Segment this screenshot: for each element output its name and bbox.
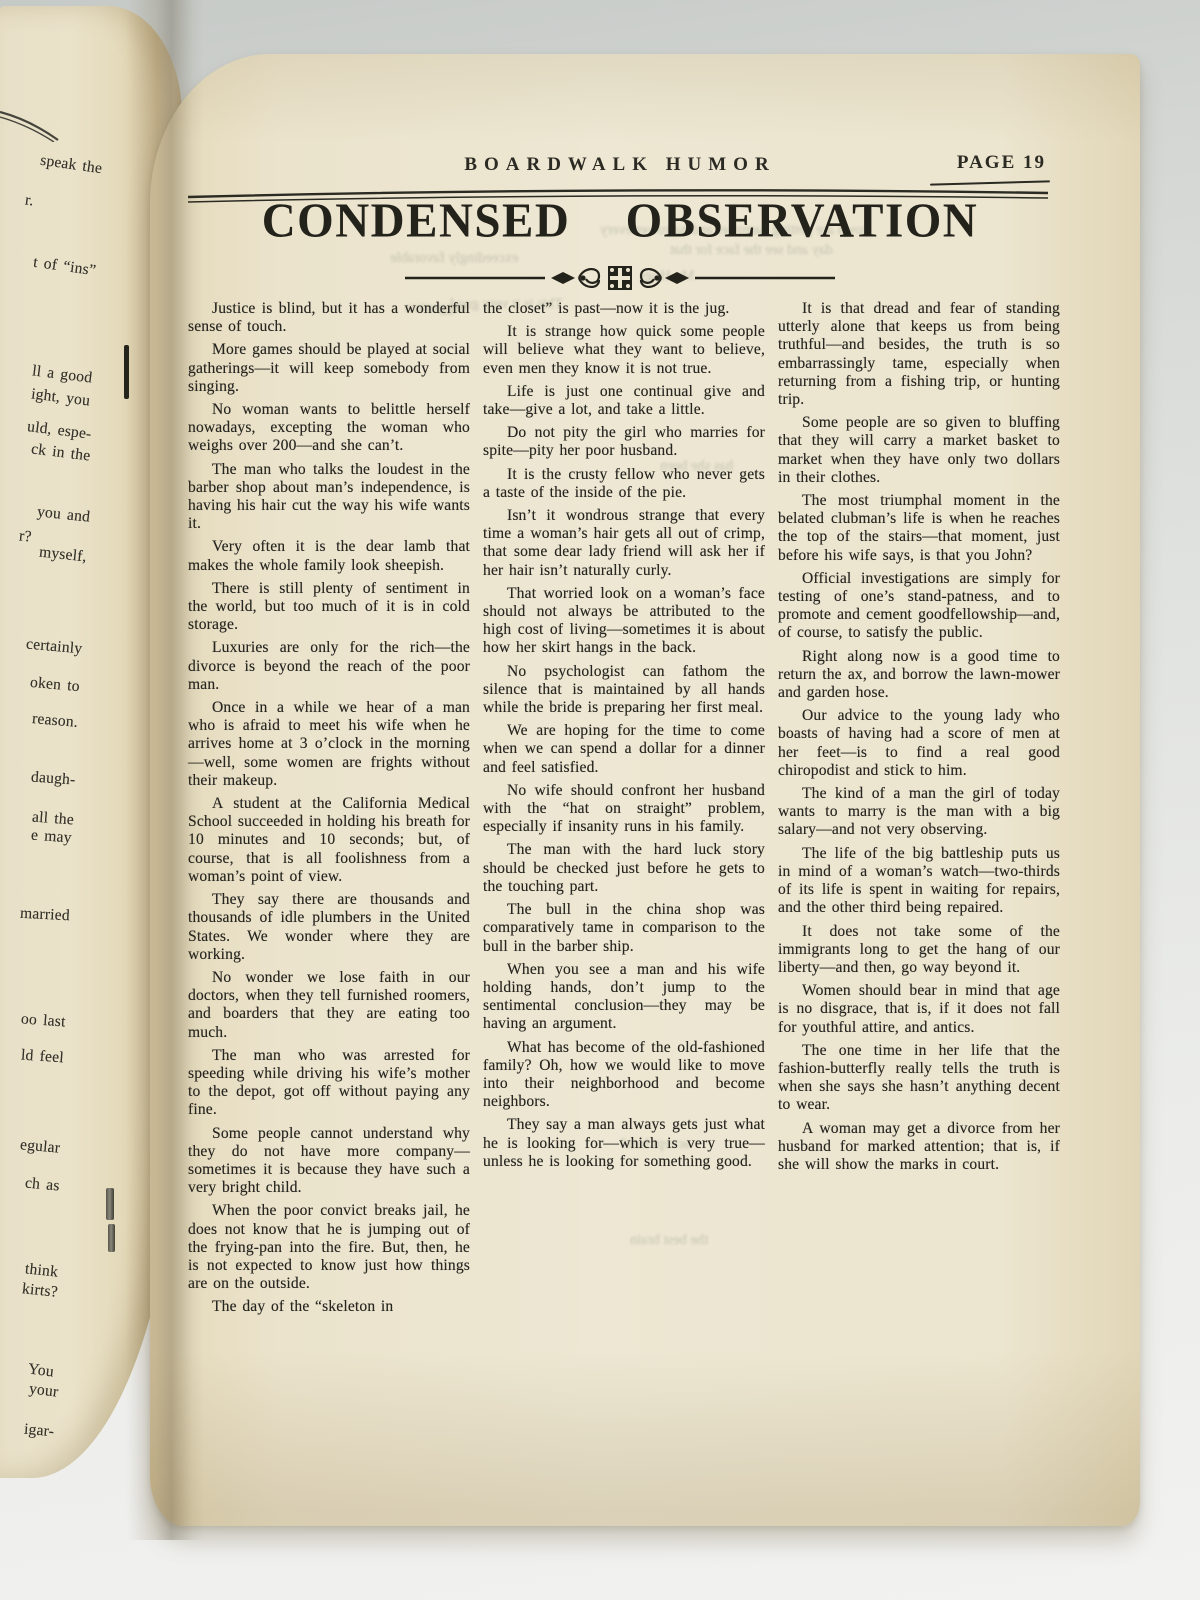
paragraph: More games should be played at social ga…: [188, 341, 470, 396]
facing-page-text-fragment: certainly: [25, 636, 83, 659]
paragraph: Right along now is a good time to return…: [778, 648, 1060, 703]
paragraph: That worried look on a woman’s face shou…: [483, 585, 765, 658]
paragraph: No woman wants to belittle herself nowad…: [188, 401, 470, 456]
column-left: Justice is blind, but it has a wonderful…: [188, 300, 470, 1322]
facing-page-text-fragment: r?: [19, 527, 33, 546]
paragraph: What has become of the old-fashioned fam…: [483, 1039, 765, 1112]
paragraph: Women should bear in mind that age is no…: [778, 982, 1060, 1037]
facing-page-text-fragment: t of “ins”: [32, 254, 97, 281]
facing-page-header-rule: [0, 102, 60, 142]
facing-page-text-fragment: egular: [19, 1136, 61, 1157]
paragraph: The most triumphal moment in the belated…: [778, 492, 1060, 565]
ornament-icon: [405, 262, 835, 294]
article-body: Justice is blind, but it has a wonderful…: [188, 300, 1060, 1322]
paragraph: The bull in the china shop was comparati…: [483, 901, 765, 956]
facing-page-text-fragment: married: [20, 905, 71, 926]
paragraph: Our advice to the young lady who boasts …: [778, 707, 1060, 780]
paragraph: It is the crusty fellow who never gets a…: [483, 466, 765, 502]
facing-page-text-fragment: oo last: [21, 1010, 67, 1031]
paragraph: Very often it is the dear lamb that make…: [188, 538, 470, 574]
paragraph: No wife should confront her husband with…: [483, 782, 765, 837]
paragraph: When the poor convict breaks jail, he do…: [188, 1202, 470, 1293]
masthead: BOARDWALK HUMOR: [190, 154, 1050, 176]
facing-page-text-fragment: ll a good: [31, 362, 93, 387]
article-title: CONDENSED OBSERVATION: [190, 193, 1050, 249]
facing-page-text-fragment: ight, you: [30, 385, 91, 410]
facing-page-text-fragment: speak the: [39, 152, 103, 178]
column-middle: the closet” is past—now it is the jug.It…: [483, 300, 765, 1322]
paragraph: There is still plenty of sentiment in th…: [188, 580, 470, 635]
staple-icon: [108, 1224, 115, 1252]
paragraph: The kind of a man the girl of today want…: [778, 785, 1060, 840]
paragraph: It is that dread and fear of standing ut…: [778, 300, 1060, 409]
paragraph: Official investigations are simply for t…: [778, 570, 1060, 643]
staple-icon: [106, 1188, 114, 1220]
paragraph: The man who talks the loudest in the bar…: [188, 461, 470, 534]
facing-page-text-fragment: ld feel: [21, 1047, 65, 1068]
paragraph: Isn’t it wondrous strange that every tim…: [483, 507, 765, 580]
facing-page-text-fragment: myself,: [38, 544, 87, 567]
facing-page-text-fragment: ck in the: [30, 440, 91, 465]
photo-of-magazine-page: { "header": { "masthead": "BOARDWALK HUM…: [0, 0, 1200, 1600]
paragraph: the closet” is past—now it is the jug.: [483, 300, 765, 318]
facing-page-text-fragment: You: [27, 1360, 55, 1381]
paragraph: No psychologist can fathom the silence t…: [483, 663, 765, 718]
paragraph: Luxuries are only for the rich—the divor…: [188, 639, 470, 694]
facing-page-text-fragment: reason.: [31, 710, 78, 732]
paragraph: They say there are thousands and thousan…: [188, 891, 470, 964]
paragraph: We are hoping for the time to come when …: [483, 722, 765, 777]
paragraph: The man with the hard luck story should …: [483, 841, 765, 896]
facing-page-text-fragment: e may: [31, 827, 73, 848]
magazine-page: town are getting narrower and narrower e…: [150, 54, 1140, 1526]
decorative-ornament: [190, 262, 1050, 299]
paragraph: It is strange how quick some people will…: [483, 323, 765, 378]
paragraph: Justice is blind, but it has a wonderful…: [188, 300, 470, 336]
facing-page-text-fragment: ch as: [25, 1175, 61, 1196]
paragraph: Do not pity the girl who marries for spi…: [483, 424, 765, 460]
facing-page-text-fragment: oken to: [30, 674, 81, 696]
facing-page-text-fragment: your: [28, 1380, 59, 1401]
paragraph: When you see a man and his wife holding …: [483, 961, 765, 1034]
facing-page-text-fragment: kirts?: [21, 1280, 59, 1302]
paragraph: Once in a while we hear of a man who is …: [188, 699, 470, 790]
paragraph: The one time in her life that the fashio…: [778, 1042, 1060, 1115]
facing-page-text-fragment: igar-: [23, 1421, 55, 1442]
paragraph: A student at the California Medical Scho…: [188, 795, 470, 886]
paragraph: The life of the big battleship puts us i…: [778, 845, 1060, 918]
column-right: It is that dread and fear of standing ut…: [778, 300, 1060, 1322]
paragraph: No wonder we lose faith in our doctors, …: [188, 969, 470, 1042]
facing-page-text-fragment: daugh-: [31, 768, 77, 789]
paragraph: The day of the “skeleton in: [188, 1298, 470, 1316]
page-number: PAGE 19: [957, 152, 1046, 174]
paragraph: Some people cannot understand why they d…: [188, 1125, 470, 1198]
facing-page-text-fragment: r.: [24, 191, 35, 210]
paragraph: They say a man always gets just what he …: [483, 1116, 765, 1171]
paragraph: It does not take some of the immigrants …: [778, 923, 1060, 978]
ink-mark: [124, 345, 129, 399]
facing-page-text-fragment: think: [24, 1260, 59, 1281]
paragraph: The man who was arrested for speeding wh…: [188, 1047, 470, 1120]
paragraph: Life is just one continual give and take…: [483, 383, 765, 419]
paragraph: A woman may get a divorce from her husba…: [778, 1120, 1060, 1175]
facing-page-text-fragment: you and: [36, 503, 91, 526]
paragraph: Some people are so given to bluffing tha…: [778, 414, 1060, 487]
